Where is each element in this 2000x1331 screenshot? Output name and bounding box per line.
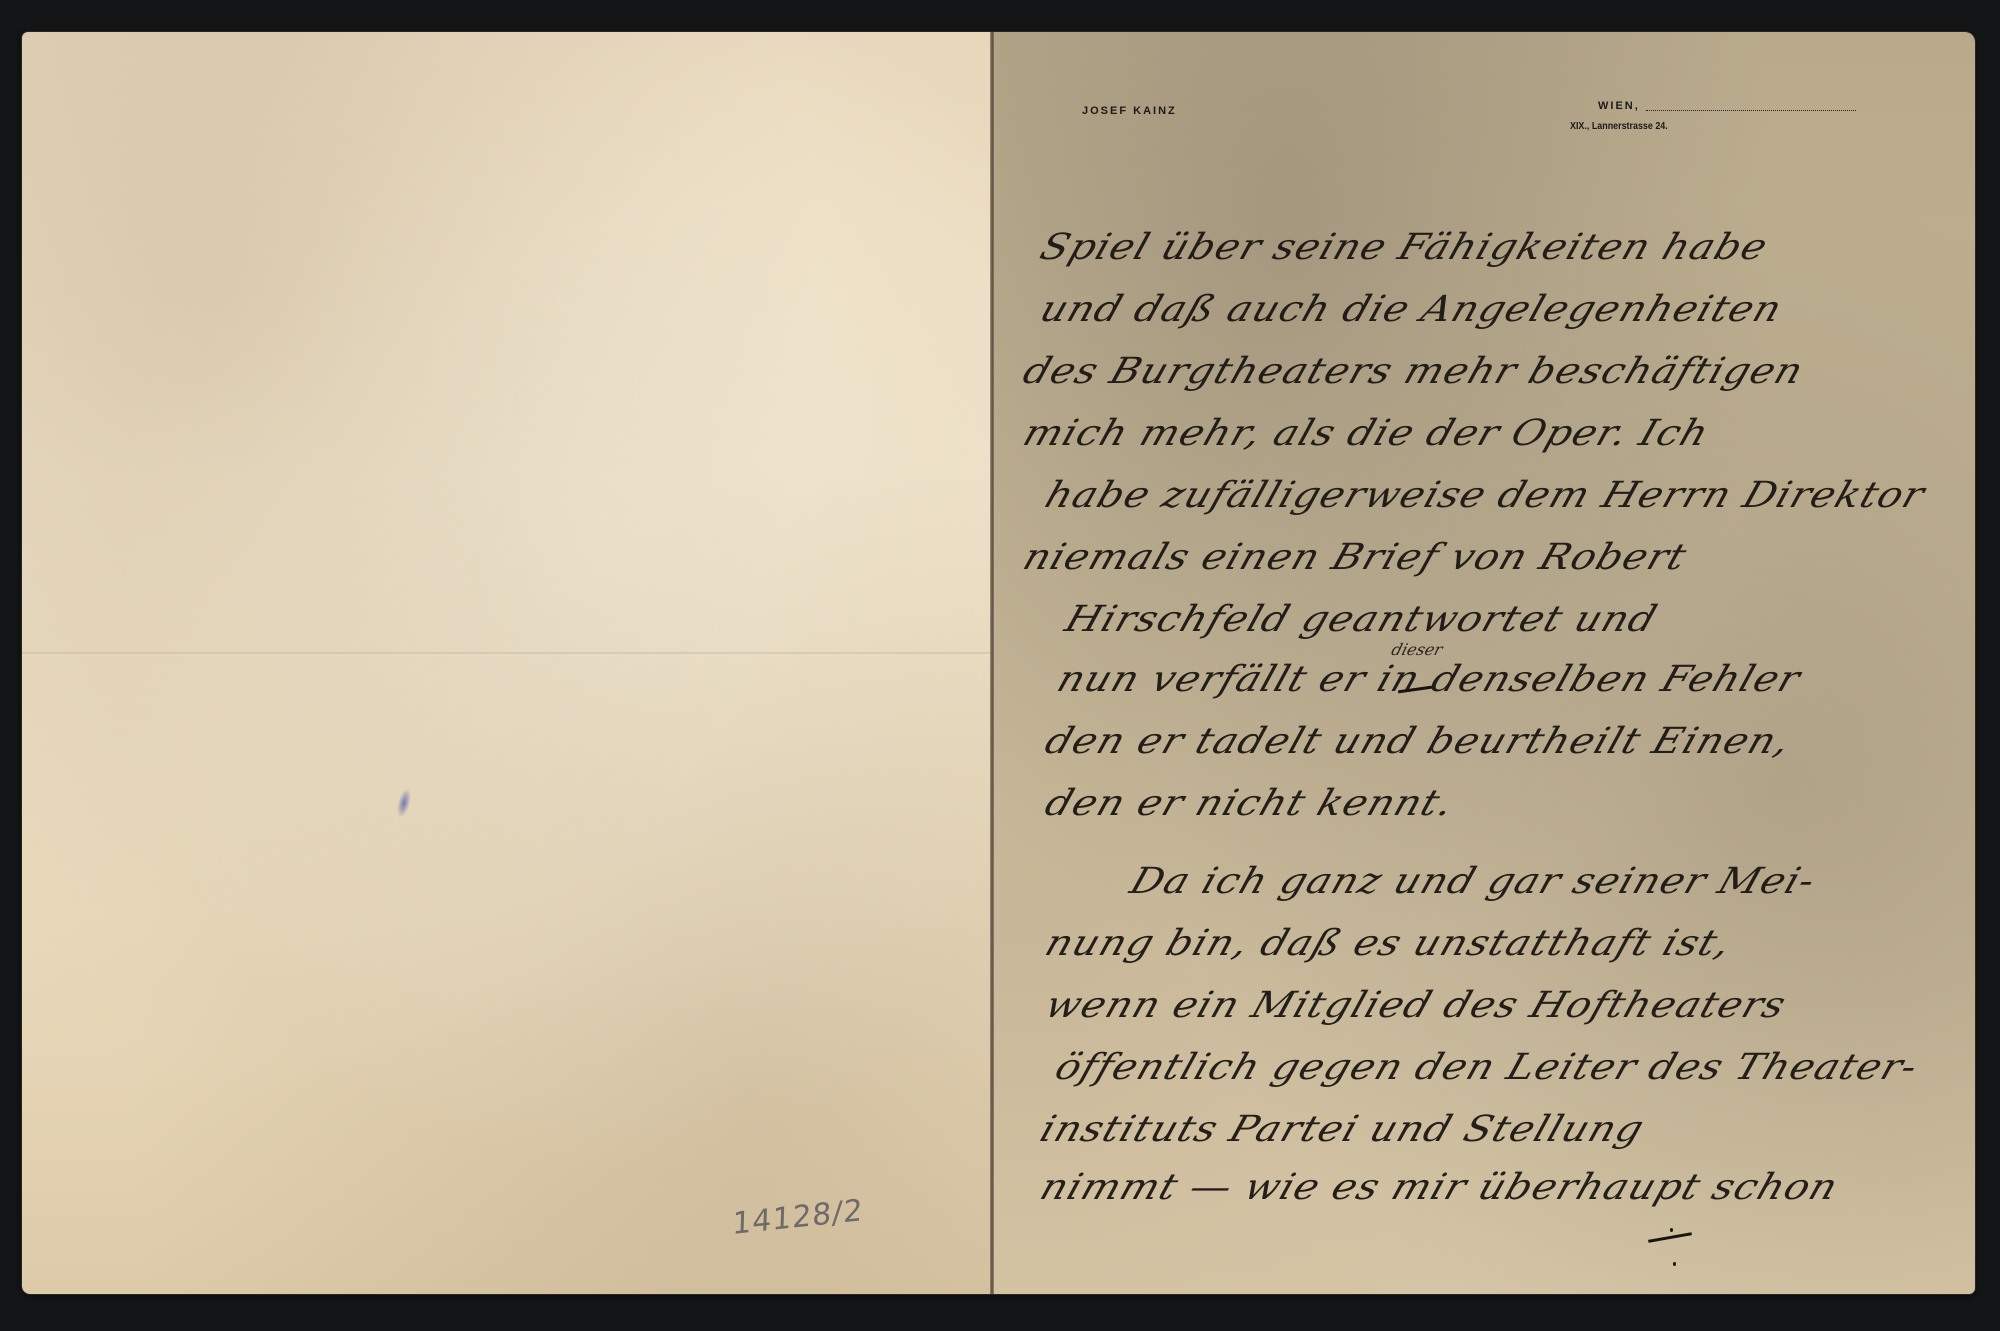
letterhead-address: XIX., Lannerstrasse 24.: [1570, 120, 1668, 132]
handwriting-line: Spiel über seine Fähigkeiten habe: [1035, 227, 1773, 268]
handwriting-line: mich mehr, als die der Oper. Ich: [1018, 413, 1715, 454]
handwriting-line: wenn ein Mitglied des Hoftheaters: [1040, 985, 1792, 1026]
handwriting-line: den er nicht kennt.: [1040, 783, 1459, 824]
handwriting-line: öffentlich gegen den Leiter des Theater-: [1050, 1047, 1923, 1088]
handwriting-line: und daß auch die Angelegenheiten: [1035, 289, 1788, 330]
center-fold: [990, 32, 994, 1294]
handwriting-line: nun verfällt er in denselben Fehler: [1052, 659, 1806, 700]
handwriting-line: instituts Partei und Stellung: [1035, 1109, 1650, 1150]
handwriting-line: Da ich ganz und gar seiner Mei-: [1125, 861, 1821, 902]
handwriting-line: Hirschfeld geantwortet und: [1060, 599, 1663, 640]
handwriting-line: niemals einen Brief von Robert: [1018, 537, 1692, 578]
letterhead-date-line: [1646, 110, 1856, 111]
handwriting-line: nimmt — wie es mir überhaupt schon: [1035, 1167, 1844, 1208]
page-end-dot: [1670, 1228, 1673, 1232]
letterhead-city: WIEN,: [1598, 100, 1640, 112]
page-end-dot: [1673, 1262, 1676, 1266]
handwriting-line: den er tadelt und beurtheilt Einen,: [1040, 721, 1796, 762]
left-page: [22, 32, 992, 1294]
handwriting-line: des Burgtheaters mehr beschäftigen: [1018, 351, 1809, 392]
handwriting-line: habe zufälligerweise dem Herrn Direktor: [1040, 475, 1930, 516]
inserted-word: dieser: [1389, 640, 1444, 659]
handwriting-line: nung bin, daß es unstatthaft ist,: [1040, 923, 1737, 964]
letterhead-name: JOSEF KAINZ: [1082, 105, 1177, 117]
